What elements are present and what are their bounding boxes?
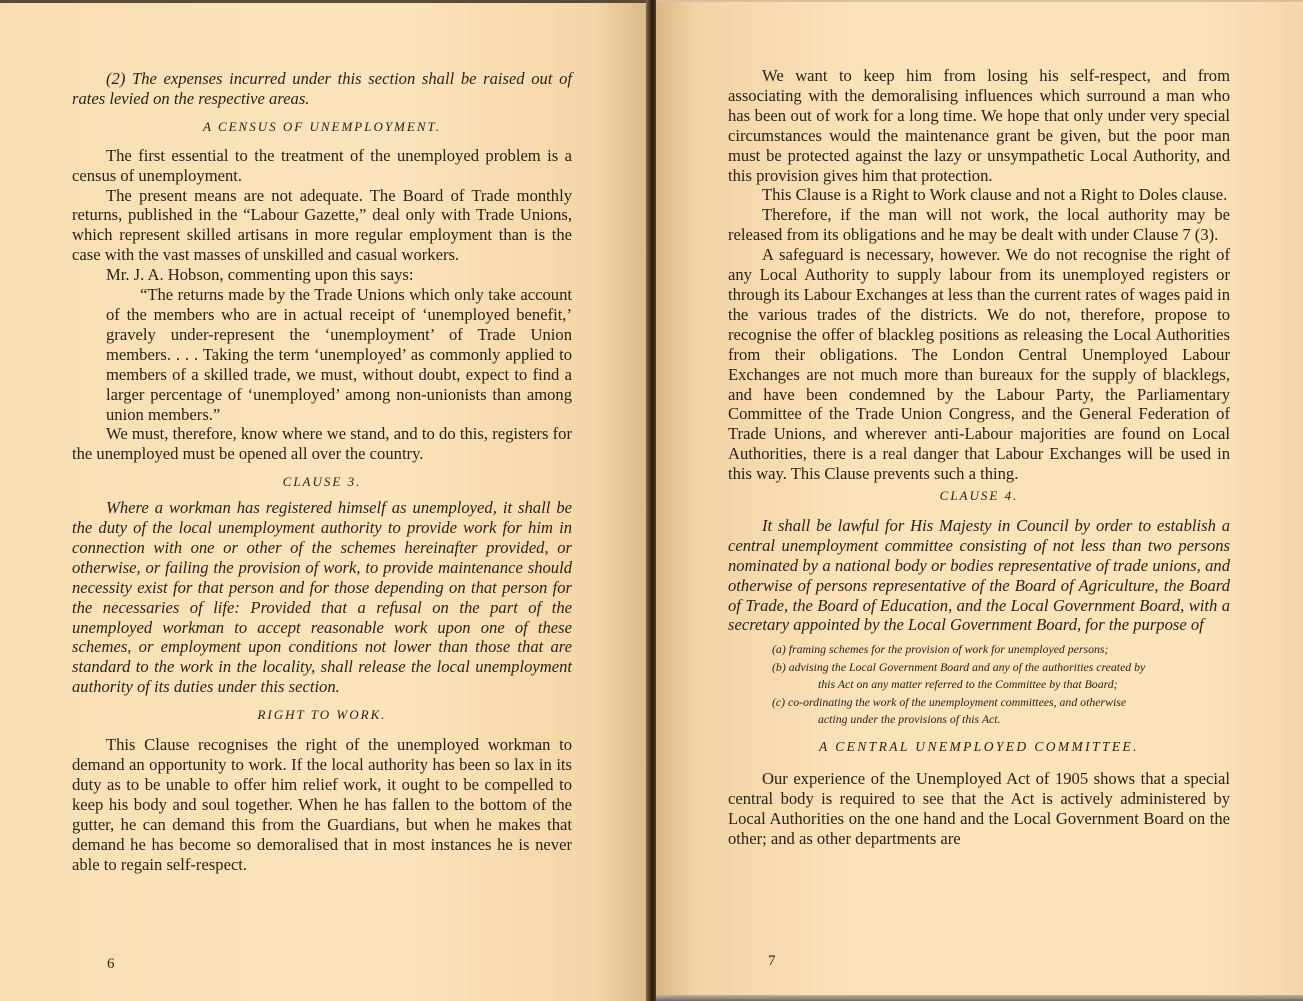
census-paragraph-2: The present means are not adequate. The … <box>72 186 572 266</box>
safeguard-paragraph: A safeguard is necessary, however. We do… <box>728 245 1230 484</box>
clause-3-text: Where a workman has registered himself a… <box>72 498 572 697</box>
right-page-text: We want to keep him from losing his self… <box>728 66 1230 848</box>
expenses-clause: (2) The expenses incurred under this sec… <box>72 69 572 109</box>
right-to-work-paragraph: This Clause recognises the right of the … <box>72 735 572 874</box>
item-label: (b) <box>772 660 786 674</box>
page-bottom-edge <box>656 995 1303 1001</box>
item-continuation: acting under the provisions of this Act. <box>792 711 1230 729</box>
clause-4-text: It shall be lawful for His Majesty in Co… <box>728 516 1230 635</box>
heading-right-to-work: RIGHT TO WORK. <box>72 705 572 725</box>
page-number-left: 6 <box>107 956 115 973</box>
item-text: framing schemes for the provision of wor… <box>789 642 1109 656</box>
clause-4-item-b: (b) advising the Local Government Board … <box>772 659 1230 694</box>
clause-4-purpose-list: (a) framing schemes for the provision of… <box>772 641 1230 729</box>
hobson-intro: Mr. J. A. Hobson, commenting upon this s… <box>72 265 572 285</box>
hobson-quote: “The returns made by the Trade Unions wh… <box>106 285 572 424</box>
left-page-text: (2) The expenses incurred under this sec… <box>72 69 572 874</box>
experience-paragraph: Our experience of the Unemployed Act of … <box>728 769 1230 849</box>
heading-clause-4: CLAUSE 4. <box>728 486 1230 506</box>
left-page: (2) The expenses incurred under this sec… <box>0 0 648 1001</box>
item-text: advising the Local Government Board and … <box>789 660 1146 674</box>
book-spread: (2) The expenses incurred under this sec… <box>0 0 1303 1001</box>
clause-4-item-c: (c) co-ordinating the work of the unempl… <box>772 694 1230 729</box>
heading-central-committee: A CENTRAL UNEMPLOYED COMMITTEE. <box>728 737 1230 757</box>
clause-4-item-a: (a) framing schemes for the provision of… <box>772 641 1230 659</box>
item-text: co-ordinating the work of the unemployme… <box>788 695 1126 709</box>
item-continuation: this Act on any matter referred to the C… <box>792 676 1230 694</box>
therefore-paragraph: Therefore, if the man will not work, the… <box>728 205 1230 245</box>
heading-census: A CENSUS OF UNEMPLOYMENT. <box>72 117 572 137</box>
item-label: (c) <box>772 695 785 709</box>
right-page: We want to keep him from losing his self… <box>656 0 1303 1001</box>
hobson-quote-block: “The returns made by the Trade Unions wh… <box>106 285 572 424</box>
item-label: (a) <box>772 642 786 656</box>
heading-clause-3: CLAUSE 3. <box>72 472 572 492</box>
self-respect-paragraph: We want to keep him from losing his self… <box>728 66 1230 185</box>
right-to-work-clause-paragraph: This Clause is a Right to Work clause an… <box>728 185 1230 205</box>
page-number-right: 7 <box>768 953 776 970</box>
registers-paragraph: We must, therefore, know where we stand,… <box>72 424 572 464</box>
census-paragraph-1: The first essential to the treatment of … <box>72 146 572 186</box>
